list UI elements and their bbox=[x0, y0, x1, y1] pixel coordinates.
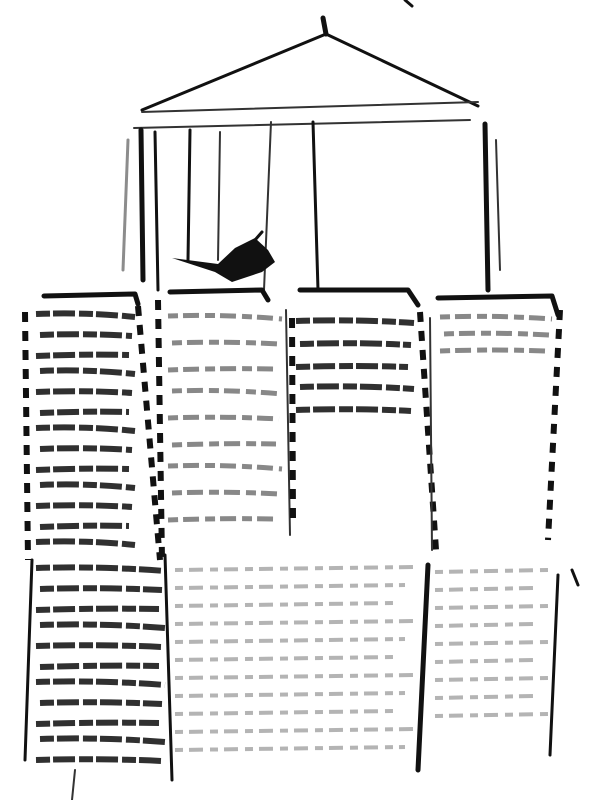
crayon-sketch bbox=[0, 0, 600, 800]
lower-blocks bbox=[25, 555, 578, 800]
block-1 bbox=[25, 294, 160, 560]
block-2 bbox=[158, 290, 290, 560]
block-4 bbox=[430, 296, 560, 550]
canopy bbox=[123, 122, 500, 290]
block-3 bbox=[292, 290, 436, 550]
roof bbox=[134, 0, 478, 128]
